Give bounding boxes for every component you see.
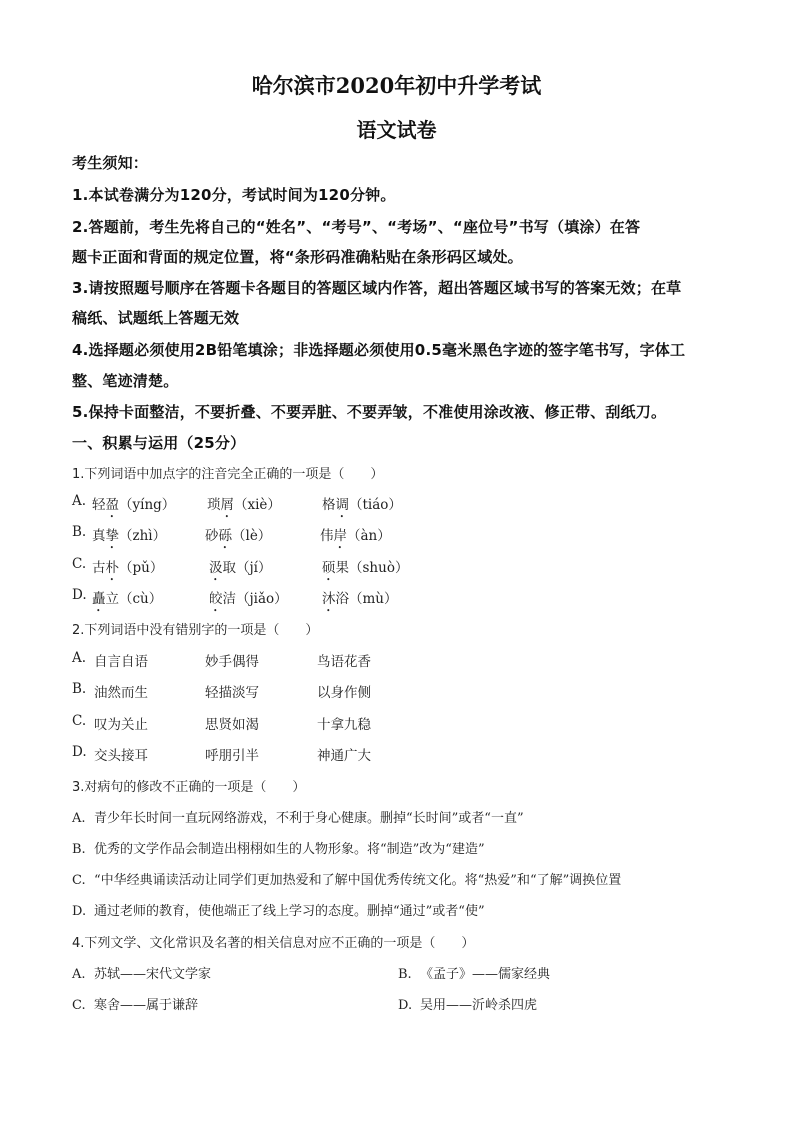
q1-b-item2: 砂砾（lè） <box>205 524 271 552</box>
q1-b-item1: 真挚（zhì） <box>92 524 166 552</box>
q1-b-item3: 伟岸（àn） <box>320 524 391 552</box>
q1-option-a: A. <box>72 493 94 509</box>
q3-option-a: A.青少年长时间一直玩网络游戏，不利于身心健康。删掉“长时间”或者“一直” <box>72 807 524 826</box>
q4-option-b: B.《孟子》——儒家经典 <box>398 963 550 982</box>
notice-line: 题卡正面和背面的规定位置，将“条形码准确粘贴在条形码区域处。 <box>72 246 523 267</box>
exam-title: 哈尔滨市2020年初中升学考试 <box>0 70 793 100</box>
exam-page: 哈尔滨市2020年初中升学考试 语文试卷 考生须知： 1.本试卷满分为120分，… <box>0 0 793 1122</box>
q2-c-item2: 思贤如渴 <box>205 713 259 733</box>
q2-a-item3: 鸟语花香 <box>317 650 371 670</box>
q1-d-item1: 矗立（cù） <box>92 587 162 615</box>
q2-option-d-label: D. <box>72 744 87 760</box>
option-label: A. <box>72 493 94 509</box>
q4-option-a: A.苏轼——宋代文学家 <box>72 963 211 982</box>
notice-line: 5.保持卡面整洁，不要折叠、不要弄脏、不要弄皱，不准使用涂改液、修正带、刮纸刀。 <box>72 401 666 422</box>
q2-b-item3: 以身作侧 <box>317 681 371 701</box>
q2-a-item2: 妙手偶得 <box>205 650 259 670</box>
q2-option-b-label: B. <box>72 681 86 697</box>
notice-heading: 考生须知： <box>72 152 148 173</box>
q2-option-a-label: A. <box>72 650 86 666</box>
q1-d-item3: 沐浴（mù） <box>322 587 398 615</box>
notice-line: 整、笔迹清楚。 <box>72 370 178 391</box>
q1-option-c: C. <box>72 556 94 572</box>
q2-c-item3: 十拿九稳 <box>317 713 371 733</box>
notice-line: 1.本试卷满分为120分，考试时间为120分钟。 <box>72 184 396 205</box>
question-1-stem: 1.下列词语中加点字的注音完全正确的一项是（ ） <box>72 463 383 482</box>
exam-subtitle: 语文试卷 <box>0 114 793 143</box>
question-3-stem: 3.对病句的修改不正确的一项是（ ） <box>72 776 305 795</box>
notice-line: 稿纸、试题纸上答题无效 <box>72 307 239 328</box>
q2-option-c-label: C. <box>72 713 86 729</box>
q2-d-item1: 交头接耳 <box>94 744 148 764</box>
q4-option-c: C.寒舍——属于谦辞 <box>72 994 198 1013</box>
question-4-stem: 4.下列文学、文化常识及名著的相关信息对应不正确的一项是（ ） <box>72 932 474 951</box>
q1-c-item2: 汲取（jí） <box>209 556 272 584</box>
q2-d-item3: 神通广大 <box>317 744 371 764</box>
q1-d-item2: 皎洁（jiǎo） <box>209 587 288 615</box>
q2-b-item2: 轻描淡写 <box>205 681 259 701</box>
q2-d-item2: 呼朋引半 <box>205 744 259 764</box>
q1-option-b: B. <box>72 524 94 540</box>
q1-option-d: D. <box>72 587 94 603</box>
q1-a-item1: 轻盈（yíng） <box>92 493 175 521</box>
q1-a-item2: 琐屑（xiè） <box>207 493 281 521</box>
notice-line: 4.选择题必须使用2B铅笔填涂；非选择题必须使用0.5毫米黑色字迹的签字笔书写，… <box>72 339 685 360</box>
q3-option-d: D.通过老师的教育，使他端正了线上学习的态度。删掉“通过”或者“使” <box>72 900 485 919</box>
q1-a-item3: 格调（tiáo） <box>322 493 402 521</box>
notice-line: 3.请按照题号顺序在答题卡各题目的答题区域内作答，超出答题区域书写的答案无效；在… <box>72 277 681 298</box>
q2-b-item1: 油然而生 <box>94 681 148 701</box>
q1-c-item1: 古朴（pǔ） <box>92 556 163 584</box>
section-heading: 一、积累与运用（25分） <box>72 432 245 453</box>
q1-c-item3: 硕果（shuò） <box>322 556 408 584</box>
q3-option-b: B.优秀的文学作品会制造出栩栩如生的人物形象。将“制造”改为“建造” <box>72 838 485 857</box>
notice-line: 2.答题前，考生先将自己的“姓名”、“考号”、“考场”、“座位号”书写（填涂）在… <box>72 216 640 237</box>
q2-a-item1: 自言自语 <box>94 650 148 670</box>
q4-option-d: D.吴用——沂岭杀四虎 <box>398 994 537 1013</box>
question-2-stem: 2.下列词语中没有错别字的一项是（ ） <box>72 619 318 638</box>
q2-c-item1: 叹为关止 <box>94 713 148 733</box>
q3-option-c: C.“中华经典诵读活动让同学们更加热爱和了解中国优秀传统文化。将“热爱”和“了解… <box>72 869 621 888</box>
